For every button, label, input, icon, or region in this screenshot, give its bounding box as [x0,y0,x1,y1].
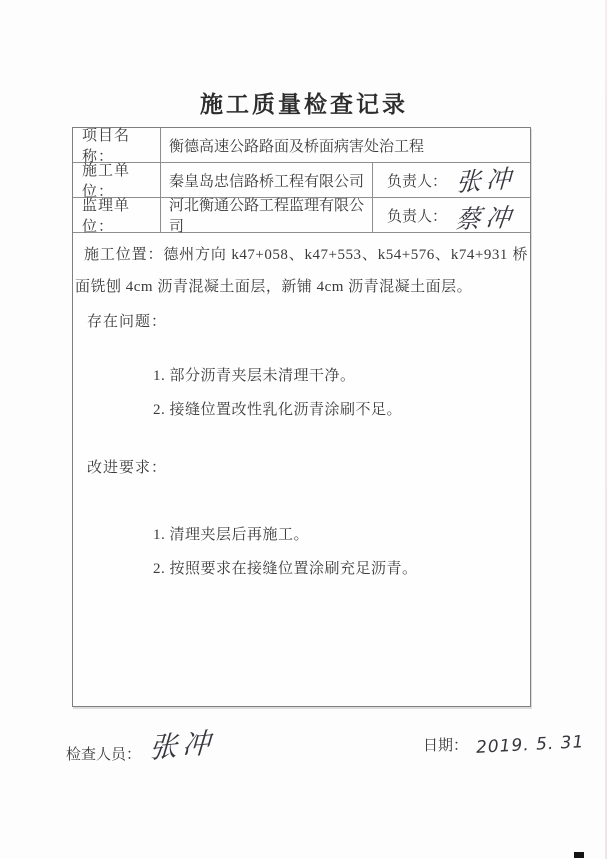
document-footer: 检查人员： 张冲 日期： 2019. 5. 31 [0,722,608,782]
table-row-contractor: 施工单位： 秦皇岛忠信路桥工程有限公司 负责人： 张冲 [73,163,530,198]
inspector-label: 检查人员： [66,747,141,763]
scanned-document-page: { "page": { "title": "施工质量检查记录" }, "tabl… [0,0,608,859]
inspection-record-table: 项目名称： 衡德高速公路路面及桥面病害处治工程 施工单位： 秦皇岛忠信路桥工程有… [72,127,531,707]
contractor-signature: 张冲 [456,165,517,194]
date-label: 日期： [423,738,468,754]
table-row-project: 项目名称： 衡德高速公路路面及桥面病害处治工程 [73,128,530,163]
responsible-label: 负责人： [387,205,447,226]
project-name-value: 衡德高速公路路面及桥面病害处治工程 [161,128,530,162]
construction-location-paragraph: 施工位置：德州方向 k47+058、k47+553、k54+576、k74+93… [75,239,528,303]
inspector-block: 检查人员： 张冲 [66,736,215,764]
page-title: 施工质量检查记录 [0,86,608,119]
construction-location-label: 施工位置： [84,247,163,263]
contractor-label: 施工单位： [73,163,161,197]
date-block: 日期： 2019. 5. 31 [423,734,584,755]
improvement-item: 1. 清理夹层后再施工。 [153,527,528,544]
contractor-responsible-cell: 负责人： 张冲 [373,163,530,197]
supervisor-label: 监理单位： [73,198,161,232]
contractor-value: 秦皇岛忠信路桥工程有限公司 [161,163,373,197]
responsible-label: 负责人： [387,170,447,191]
supervisor-value: 河北衡通公路工程监理有限公司 [161,198,373,232]
handwritten-date: 2019. 5. 31 [475,732,584,758]
scan-artifact-mark [574,852,584,858]
improvement-item: 2. 按照要求在接缝位置涂刷充足沥青。 [153,561,528,578]
scan-edge-shadow [605,0,607,859]
inspection-details-cell: 施工位置：德州方向 k47+058、k47+553、k54+576、k74+93… [73,233,530,707]
supervisor-signature: 蔡冲 [454,204,517,231]
problems-list: 1. 部分沥青夹层未清理干净。 2. 接缝位置改性乳化沥青涂刷不足。 [153,368,528,419]
supervisor-responsible-cell: 负责人： 蔡冲 [373,198,530,232]
table-row-supervisor: 监理单位： 河北衡通公路工程监理有限公司 负责人： 蔡冲 [73,198,530,233]
project-name-label: 项目名称： [73,128,161,162]
problems-heading: 存在问题： [87,314,528,331]
improvements-heading: 改进要求： [87,460,528,477]
improvements-list: 1. 清理夹层后再施工。 2. 按照要求在接缝位置涂刷充足沥青。 [153,527,528,578]
problem-item: 1. 部分沥青夹层未清理干净。 [153,368,528,385]
inspector-signature: 张冲 [148,729,215,763]
problem-item: 2. 接缝位置改性乳化沥青涂刷不足。 [153,402,528,419]
